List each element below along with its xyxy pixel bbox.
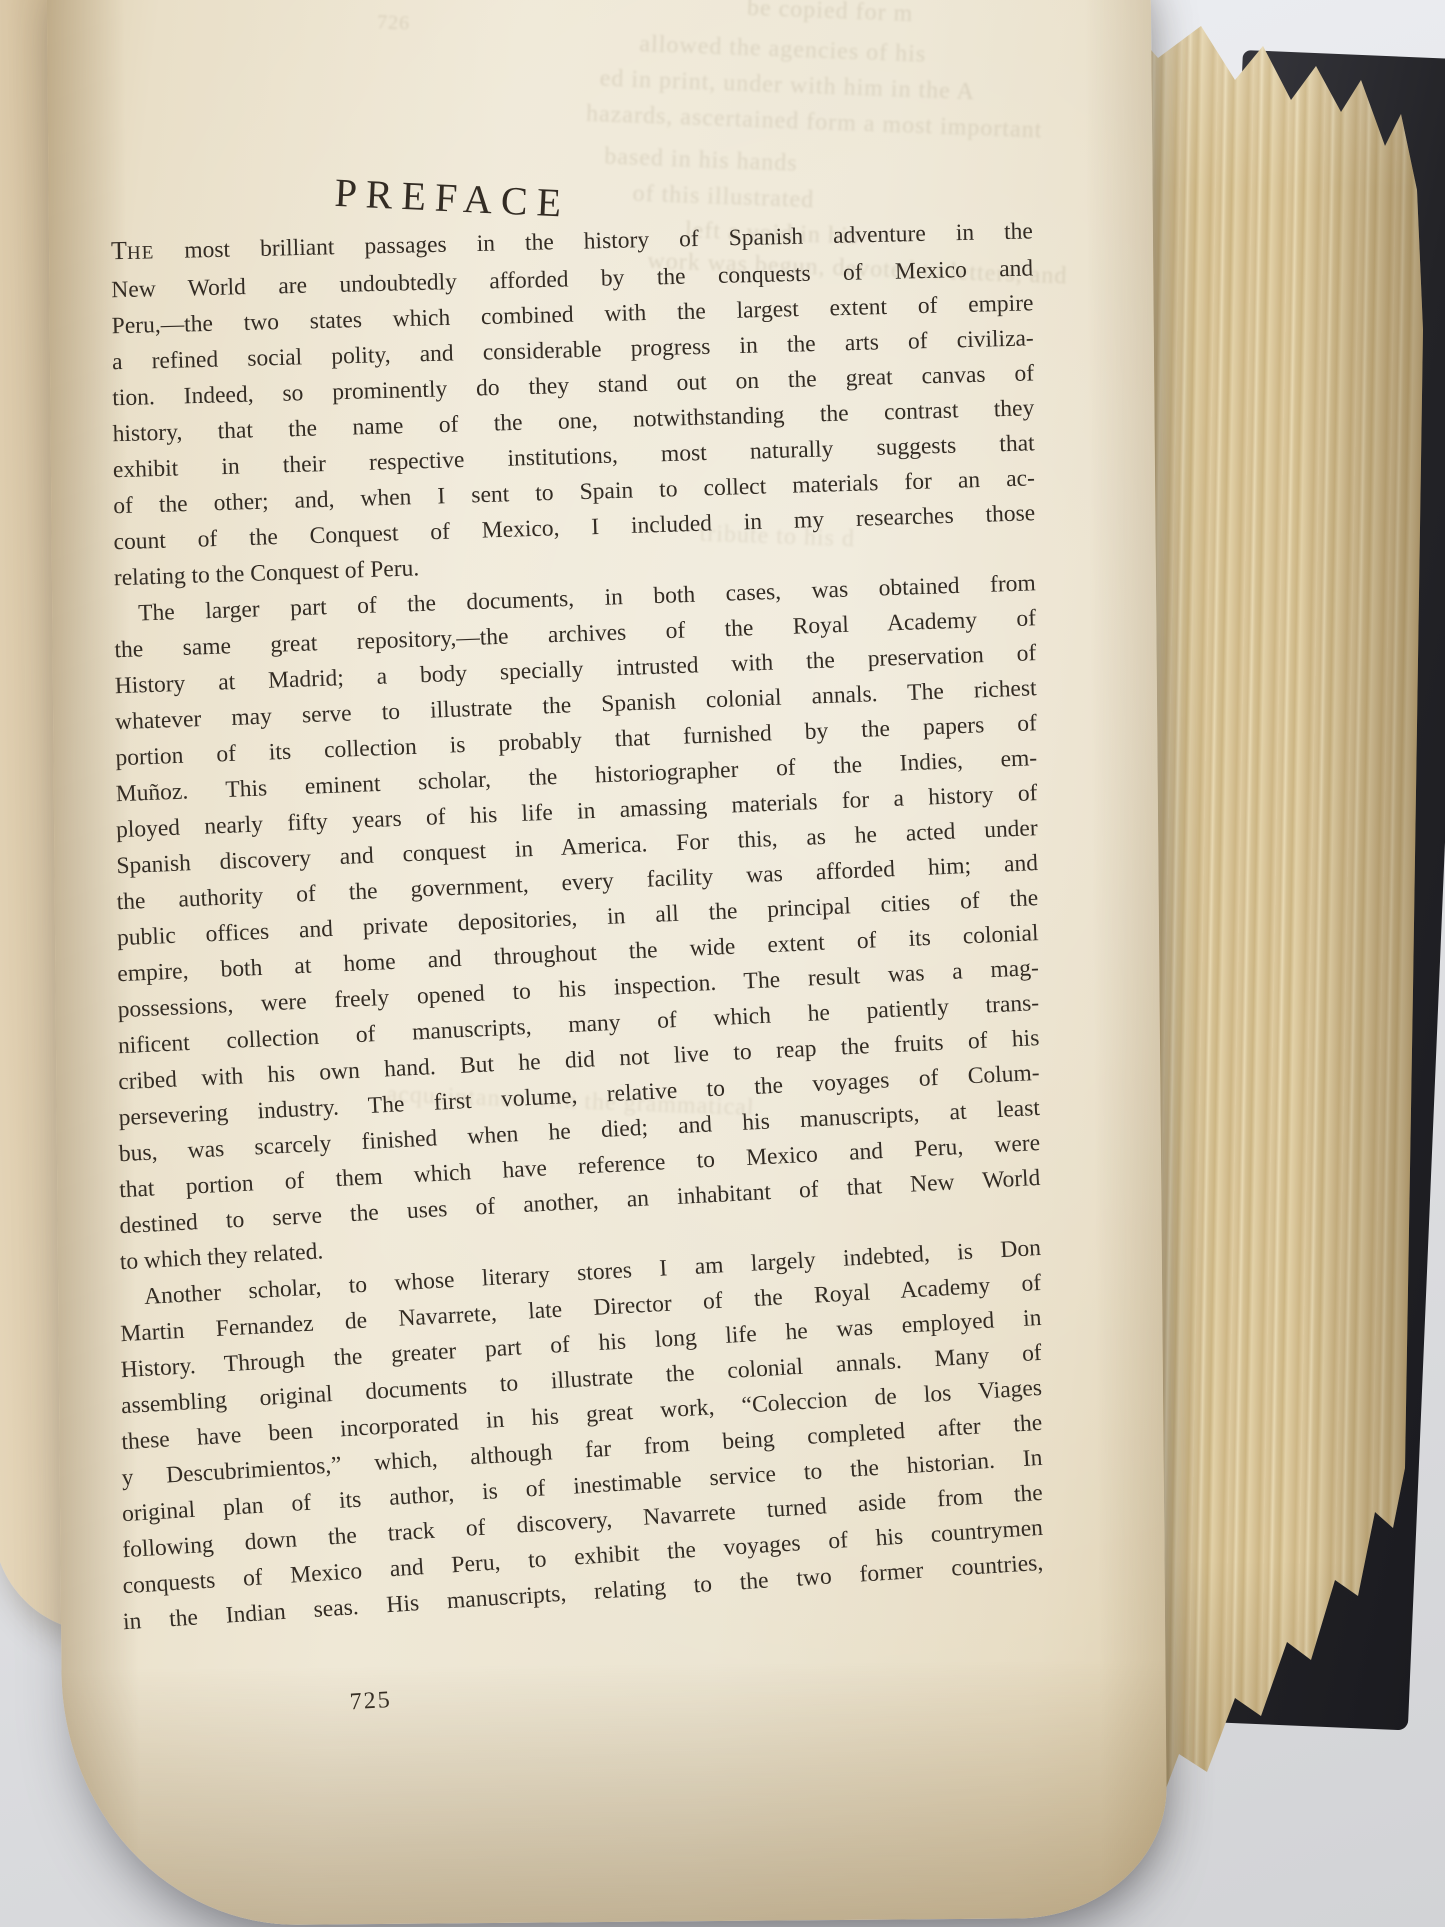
paragraph-3: Another scholar, to whose literary store…: [120, 1272, 1045, 1640]
paragraph-2: The larger part of the documents, in bot…: [114, 588, 1042, 1280]
text-column: THE most brilliant passages in the histo…: [111, 225, 1045, 1640]
ghost-text-fragment: 726: [377, 11, 411, 35]
lede-initial: T: [111, 236, 128, 265]
ghost-text-fragment: ed in print, under with him in the A: [599, 66, 975, 107]
ghost-text-fragment: based in his hands: [604, 144, 798, 178]
book-page: 726be copied for mallowed the agencies o…: [46, 0, 1167, 1927]
paragraph-1-lines: New World are undoubtedly afforded by th…: [111, 264, 1036, 596]
ghost-text-fragment: allowed the agencies of his: [639, 31, 927, 68]
ghost-text-fragment: of this illustrated: [632, 181, 815, 215]
paragraph-1: THE most brilliant passages in the histo…: [111, 225, 1036, 596]
ghost-text-fragment: be copied for m: [747, 0, 914, 28]
ghost-text-fragment: hazards, ascertained form a most importa…: [586, 101, 1043, 145]
lede-small-caps: HE: [127, 242, 155, 264]
book-photo: 726be copied for mallowed the agencies o…: [0, 0, 1445, 1927]
